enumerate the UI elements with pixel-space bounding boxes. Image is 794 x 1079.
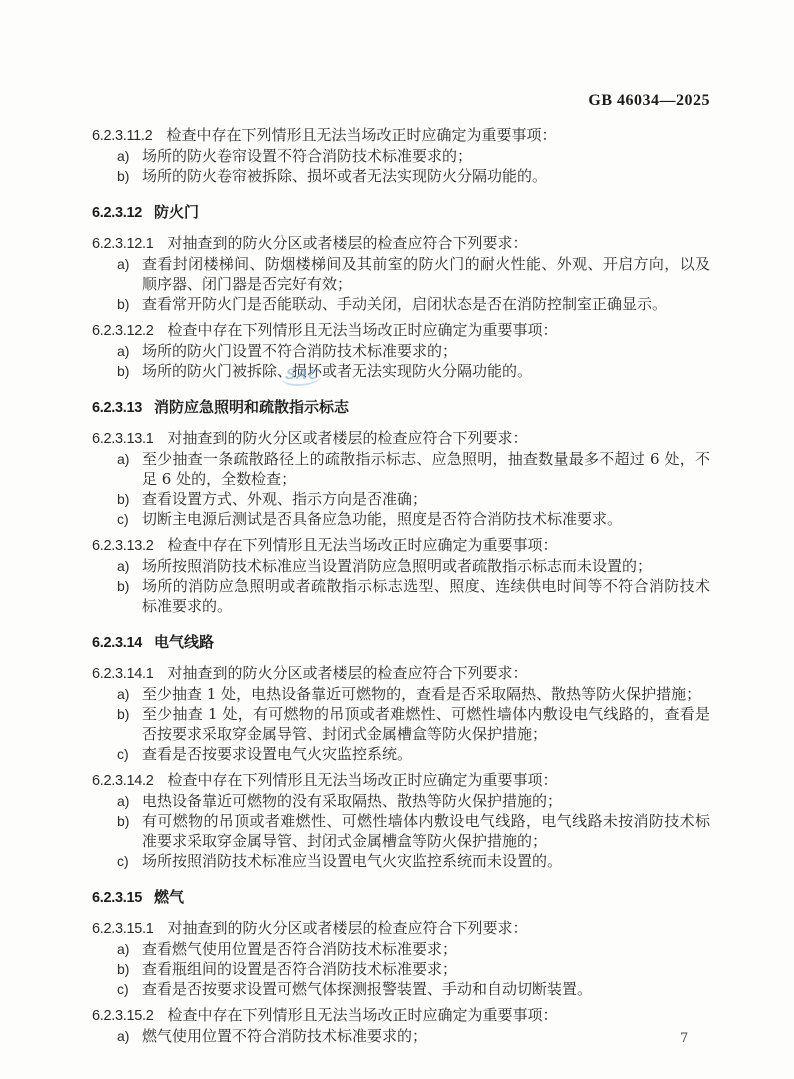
- list-item: b) 场所的防火门被拆除、损坏或者无法实现防火分隔功能的。: [92, 361, 710, 381]
- item-label: a): [117, 939, 142, 959]
- clause-text: 对抽查到的防火分区或者楼层的检查应符合下列要求：: [168, 919, 528, 937]
- item-label: a): [117, 791, 142, 811]
- clause-intro: 6.2.3.14.1对抽查到的防火分区或者楼层的检查应符合下列要求：: [92, 663, 710, 684]
- list-item: b) 至少抽查 1 处，有可燃物的吊顶或者难燃性、可燃性墙体内敷设电气线路的，查…: [92, 704, 710, 744]
- list-item: b) 查看设置方式、外观、指示方向是否准确；: [92, 489, 710, 509]
- clause-6-2-3-15-2: 6.2.3.15.2检查中存在下列情形且无法当场改正时应确定为重要事项： a) …: [92, 1005, 710, 1046]
- clause-number: 6.2.3.14.1: [92, 666, 154, 682]
- clause-6-2-3-14-1: 6.2.3.14.1对抽查到的防火分区或者楼层的检查应符合下列要求： a) 至少…: [92, 663, 710, 764]
- item-text: 场所按照消防技术标准应当设置电气火灾监控系统而未设置的。: [142, 851, 710, 871]
- clause-text: 检查中存在下列情形且无法当场改正时应确定为重要事项：: [168, 1006, 558, 1024]
- clause-number: 6.2.3.13.2: [92, 538, 154, 554]
- item-text: 场所的防火卷帘设置不符合消防技术标准要求的；: [142, 146, 710, 166]
- clause-number: 6.2.3.13.1: [92, 431, 154, 447]
- clause-6-2-3-12-1: 6.2.3.12.1对抽查到的防火分区或者楼层的检查应符合下列要求： a) 查看…: [92, 233, 710, 314]
- item-label: c): [117, 509, 142, 529]
- item-label: b): [117, 489, 142, 509]
- heading-number: 6.2.3.15: [92, 890, 142, 906]
- clause-intro: 6.2.3.13.1对抽查到的防火分区或者楼层的检查应符合下列要求：: [92, 428, 710, 449]
- standard-number-header: GB 46034—2025: [92, 0, 710, 109]
- item-text: 查看是否按要求设置可燃气体探测报警装置、手动和自动切断装置。: [142, 979, 710, 999]
- clause-intro: 6.2.3.15.1对抽查到的防火分区或者楼层的检查应符合下列要求：: [92, 918, 710, 939]
- clause-6-2-3-13-1: 6.2.3.13.1对抽查到的防火分区或者楼层的检查应符合下列要求： a) 至少…: [92, 428, 710, 529]
- clause-intro: 6.2.3.15.2检查中存在下列情形且无法当场改正时应确定为重要事项：: [92, 1005, 710, 1026]
- heading-6-2-3-13: 6.2.3.13消防应急照明和疏散指示标志: [92, 397, 710, 418]
- clause-text: 检查中存在下列情形且无法当场改正时应确定为重要事项：: [166, 126, 556, 144]
- list-item: a) 查看燃气使用位置是否符合消防技术标准要求；: [92, 939, 710, 959]
- clause-number: 6.2.3.12.1: [92, 236, 154, 252]
- heading-title: 防火门: [154, 204, 199, 221]
- list-item: c) 切断主电源后测试是否具备应急功能，照度是否符合消防技术标准要求。: [92, 509, 710, 529]
- list-item: a) 至少抽查一条疏散路径上的疏散指示标志、应急照明，抽查数量最多不超过 6 处…: [92, 449, 710, 489]
- item-text: 场所的消防应急照明或者疏散指示标志选型、照度、连续供电时间等不符合消防技术标准要…: [142, 576, 710, 616]
- clause-number: 6.2.3.14.2: [92, 773, 154, 789]
- list-item: a) 场所的防火门设置不符合消防技术标准要求的；: [92, 341, 710, 361]
- item-label: b): [117, 361, 142, 381]
- clause-6-2-3-13-2: 6.2.3.13.2检查中存在下列情形且无法当场改正时应确定为重要事项： a) …: [92, 535, 710, 616]
- item-label: a): [117, 341, 142, 361]
- clause-text: 对抽查到的防火分区或者楼层的检查应符合下列要求：: [168, 664, 528, 682]
- item-label: b): [117, 704, 142, 744]
- list-item: b) 查看瓶组间的设置是否符合消防技术标准要求；: [92, 959, 710, 979]
- item-label: a): [117, 146, 142, 166]
- list-item: b) 场所的防火卷帘被拆除、损坏或者无法实现防火分隔功能的。: [92, 166, 710, 186]
- item-text: 燃气使用位置不符合消防技术标准要求的；: [142, 1026, 710, 1046]
- item-label: c): [117, 744, 142, 764]
- list-item: c) 场所按照消防技术标准应当设置电气火灾监控系统而未设置的。: [92, 851, 710, 871]
- item-label: b): [117, 166, 142, 186]
- item-label: a): [117, 684, 142, 704]
- heading-number: 6.2.3.12: [92, 205, 142, 221]
- clause-6-2-3-12-2: 6.2.3.12.2检查中存在下列情形且无法当场改正时应确定为重要事项： a) …: [92, 320, 710, 381]
- heading-6-2-3-14: 6.2.3.14电气线路: [92, 632, 710, 653]
- item-label: c): [117, 851, 142, 871]
- list-item: a) 查看封闭楼梯间、防烟楼梯间及其前室的防火门的耐火性能、外观、开启方向，以及…: [92, 254, 710, 294]
- item-label: b): [117, 294, 142, 314]
- clause-intro: 6.2.3.11.2检查中存在下列情形且无法当场改正时应确定为重要事项：: [92, 125, 710, 146]
- item-text: 场所的防火卷帘被拆除、损坏或者无法实现防火分隔功能的。: [142, 166, 710, 186]
- clause-6-2-3-11-2: 6.2.3.11.2检查中存在下列情形且无法当场改正时应确定为重要事项： a) …: [92, 125, 710, 186]
- item-label: b): [117, 959, 142, 979]
- clause-intro: 6.2.3.12.1对抽查到的防火分区或者楼层的检查应符合下列要求：: [92, 233, 710, 254]
- clause-number: 6.2.3.12.2: [92, 323, 154, 339]
- clause-6-2-3-14-2: 6.2.3.14.2检查中存在下列情形且无法当场改正时应确定为重要事项： a) …: [92, 770, 710, 871]
- heading-6-2-3-12: 6.2.3.12防火门: [92, 202, 710, 223]
- item-text: 查看瓶组间的设置是否符合消防技术标准要求；: [142, 959, 710, 979]
- clause-text: 对抽查到的防火分区或者楼层的检查应符合下列要求：: [168, 234, 528, 252]
- list-item: c) 查看是否按要求设置可燃气体探测报警装置、手动和自动切断装置。: [92, 979, 710, 999]
- heading-title: 电气线路: [154, 634, 214, 651]
- page-number: 7: [680, 1031, 688, 1047]
- item-text: 查看设置方式、外观、指示方向是否准确；: [142, 489, 710, 509]
- clause-intro: 6.2.3.14.2检查中存在下列情形且无法当场改正时应确定为重要事项：: [92, 770, 710, 791]
- item-text: 有可燃物的吊顶或者难燃性、可燃性墙体内敷设电气线路，电气线路未按消防技术标准要求…: [142, 811, 710, 851]
- clause-intro: 6.2.3.13.2检查中存在下列情形且无法当场改正时应确定为重要事项：: [92, 535, 710, 556]
- clause-number: 6.2.3.11.2: [92, 128, 152, 144]
- clause-text: 检查中存在下列情形且无法当场改正时应确定为重要事项：: [168, 536, 558, 554]
- clause-text: 对抽查到的防火分区或者楼层的检查应符合下列要求：: [168, 429, 528, 447]
- item-text: 切断主电源后测试是否具备应急功能，照度是否符合消防技术标准要求。: [142, 509, 710, 529]
- item-text: 至少抽查 1 处，有可燃物的吊顶或者难燃性、可燃性墙体内敷设电气线路的，查看是否…: [142, 704, 710, 744]
- item-text: 场所按照消防技术标准应当设置消防应急照明或者疏散指示标志而未设置的；: [142, 556, 710, 576]
- list-item: b) 场所的消防应急照明或者疏散指示标志选型、照度、连续供电时间等不符合消防技术…: [92, 576, 710, 616]
- list-item: a) 至少抽查 1 处，电热设备靠近可燃物的，查看是否采取隔热、散热等防火保护措…: [92, 684, 710, 704]
- clause-text: 检查中存在下列情形且无法当场改正时应确定为重要事项：: [168, 321, 558, 339]
- item-label: c): [117, 979, 142, 999]
- list-item: a) 场所按照消防技术标准应当设置消防应急照明或者疏散指示标志而未设置的；: [92, 556, 710, 576]
- page-content: GB 46034—2025 6.2.3.11.2检查中存在下列情形且无法当场改正…: [0, 0, 794, 1046]
- clause-intro: 6.2.3.12.2检查中存在下列情形且无法当场改正时应确定为重要事项：: [92, 320, 710, 341]
- document-page: SAC GB 46034—2025 6.2.3.11.2检查中存在下列情形且无法…: [0, 0, 794, 1079]
- item-label: a): [117, 254, 142, 294]
- heading-number: 6.2.3.14: [92, 635, 142, 651]
- item-text: 查看封闭楼梯间、防烟楼梯间及其前室的防火门的耐火性能、外观、开启方向，以及顺序器…: [142, 254, 710, 294]
- clause-text: 检查中存在下列情形且无法当场改正时应确定为重要事项：: [168, 771, 558, 789]
- list-item: a) 电热设备靠近可燃物的没有采取隔热、散热等防火保护措施的；: [92, 791, 710, 811]
- heading-number: 6.2.3.13: [92, 400, 142, 416]
- item-text: 查看是否按要求设置电气火灾监控系统。: [142, 744, 710, 764]
- item-text: 至少抽查一条疏散路径上的疏散指示标志、应急照明，抽查数量最多不超过 6 处，不足…: [142, 449, 710, 489]
- item-text: 查看常开防火门是否能联动、手动关闭，启闭状态是否在消防控制室正确显示。: [142, 294, 710, 314]
- list-item: a) 场所的防火卷帘设置不符合消防技术标准要求的；: [92, 146, 710, 166]
- item-text: 场所的防火门设置不符合消防技术标准要求的；: [142, 341, 710, 361]
- item-text: 电热设备靠近可燃物的没有采取隔热、散热等防火保护措施的；: [142, 791, 710, 811]
- item-text: 场所的防火门被拆除、损坏或者无法实现防火分隔功能的。: [142, 361, 710, 381]
- list-item: a) 燃气使用位置不符合消防技术标准要求的；: [92, 1026, 710, 1046]
- item-text: 查看燃气使用位置是否符合消防技术标准要求；: [142, 939, 710, 959]
- list-item: c) 查看是否按要求设置电气火灾监控系统。: [92, 744, 710, 764]
- heading-6-2-3-15: 6.2.3.15燃气: [92, 887, 710, 908]
- item-label: a): [117, 1026, 142, 1046]
- clause-number: 6.2.3.15.2: [92, 1008, 154, 1024]
- clause-6-2-3-15-1: 6.2.3.15.1对抽查到的防火分区或者楼层的检查应符合下列要求： a) 查看…: [92, 918, 710, 999]
- item-label: b): [117, 811, 142, 851]
- list-item: b) 有可燃物的吊顶或者难燃性、可燃性墙体内敷设电气线路，电气线路未按消防技术标…: [92, 811, 710, 851]
- item-label: a): [117, 556, 142, 576]
- item-text: 至少抽查 1 处，电热设备靠近可燃物的，查看是否采取隔热、散热等防火保护措施；: [142, 684, 710, 704]
- list-item: b) 查看常开防火门是否能联动、手动关闭，启闭状态是否在消防控制室正确显示。: [92, 294, 710, 314]
- item-label: a): [117, 449, 142, 489]
- heading-title: 燃气: [154, 889, 184, 906]
- heading-title: 消防应急照明和疏散指示标志: [154, 399, 349, 416]
- clause-number: 6.2.3.15.1: [92, 921, 154, 937]
- item-label: b): [117, 576, 142, 616]
